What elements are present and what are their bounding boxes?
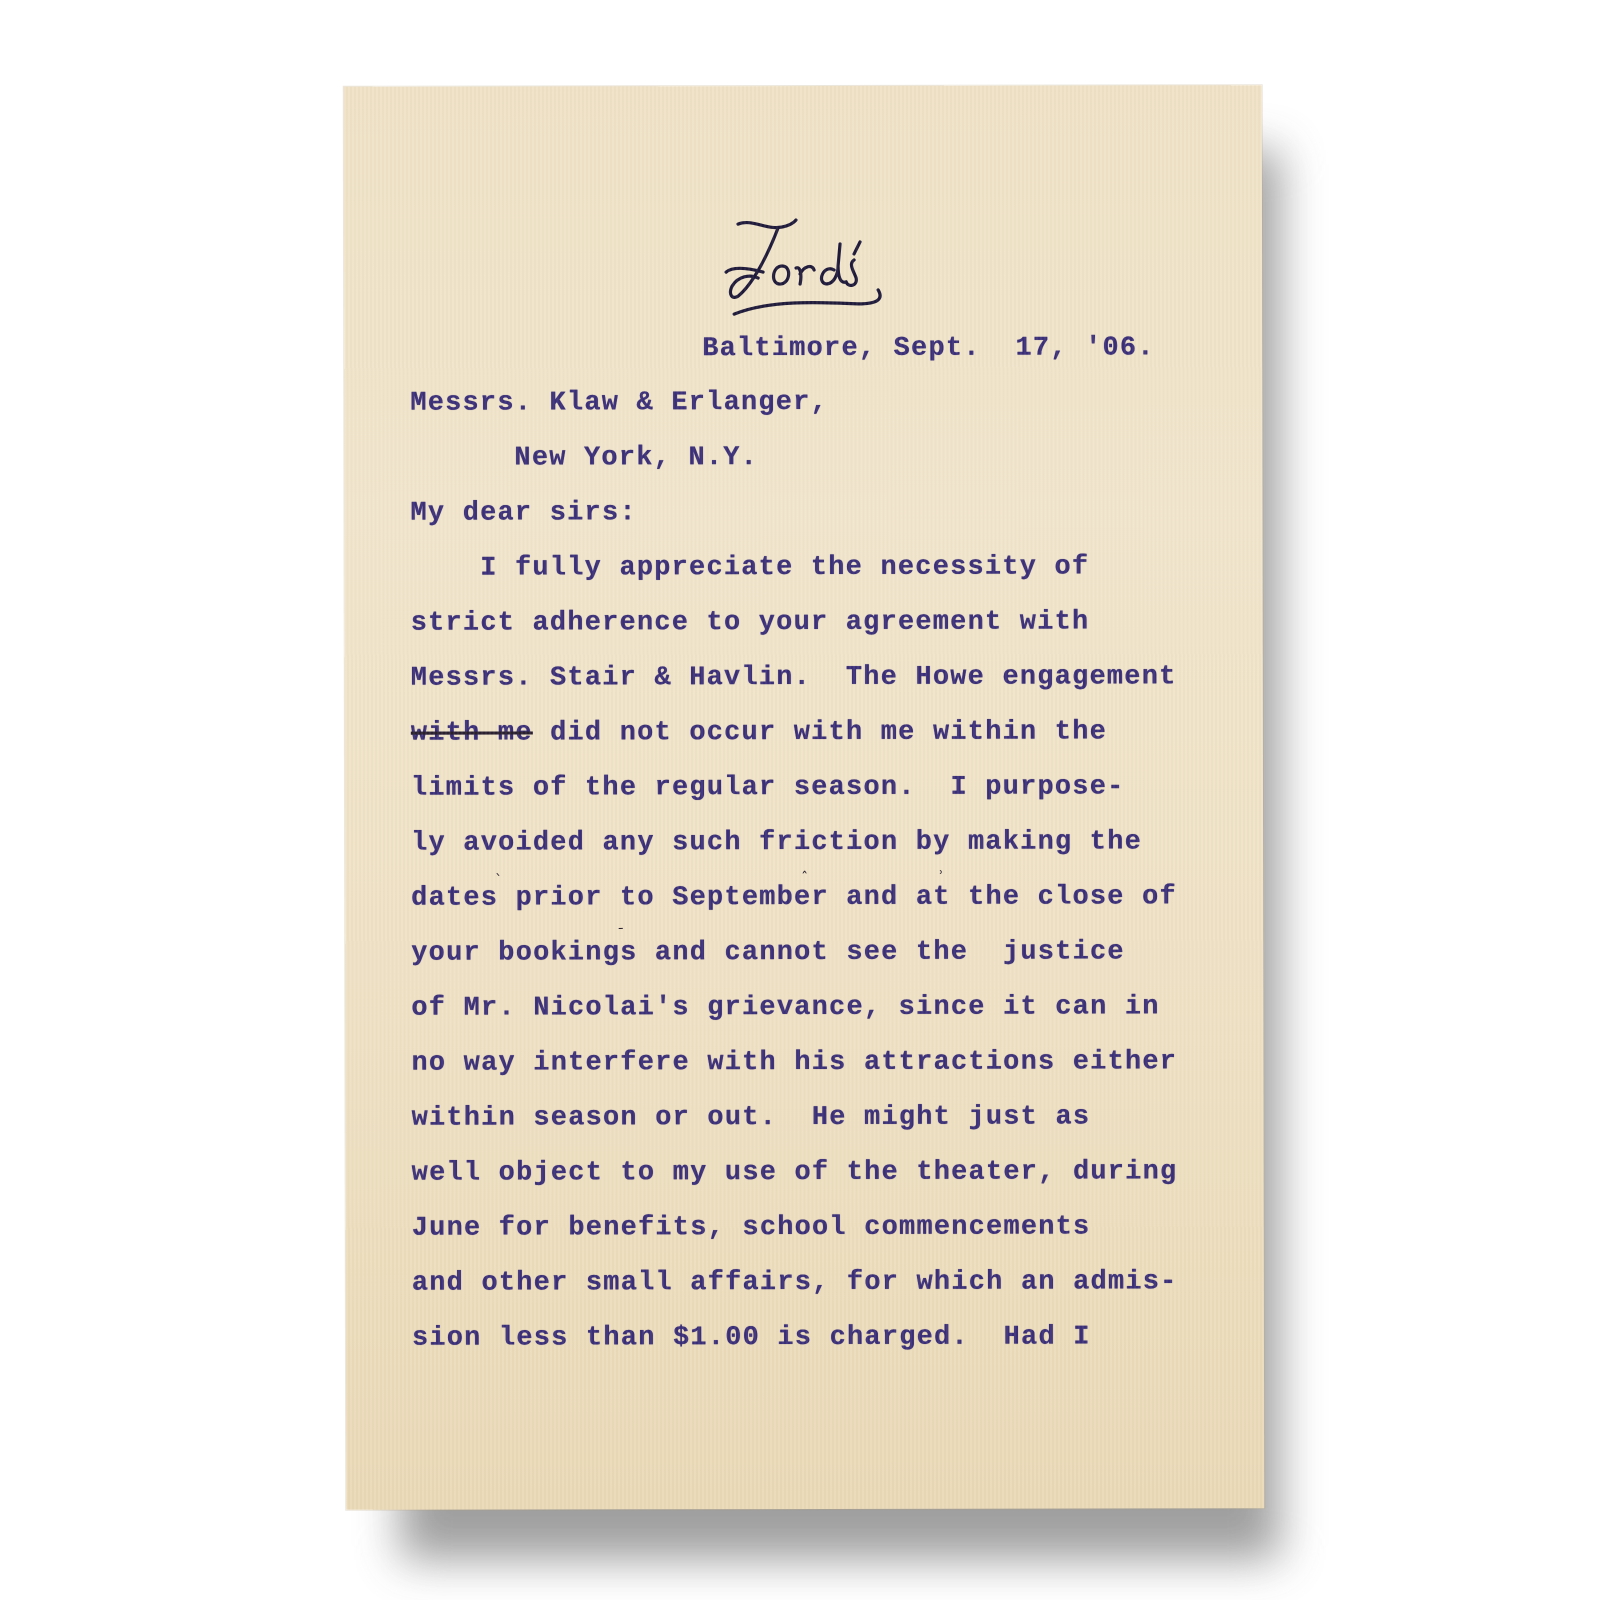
body-line-with-strikeout: with me did not occur with me within the: [411, 717, 1107, 748]
body-line: well object to my use of the theater, du…: [412, 1157, 1178, 1188]
handwritten-comma-mark-icon: ʾ: [939, 869, 943, 885]
body-line: of Mr. Nicolai's grievance, since it can…: [411, 992, 1159, 1023]
photo-stage: Baltimore, Sept. 17, '06. Messrs. Klaw &…: [0, 0, 1600, 1600]
body-line: limits of the regular season. I purpose-: [411, 772, 1125, 803]
body-line: and other small affairs, for which an ad…: [412, 1267, 1178, 1298]
body-line: within season or out. He might just as: [412, 1103, 1091, 1134]
letterhead-logo: [708, 204, 898, 324]
body-line: no way interfere with his attractions ei…: [411, 1047, 1177, 1078]
body-line: strict adherence to your agreement with: [411, 608, 1090, 639]
body-line: Messrs. Stair & Havlin. The Howe engagem…: [411, 662, 1177, 693]
fords-script-logo-icon: [708, 204, 898, 324]
letter-page: Baltimore, Sept. 17, '06. Messrs. Klaw &…: [344, 85, 1264, 1510]
body-line: ly avoided any such friction by making t…: [411, 827, 1142, 858]
letter-addressee: Messrs. Klaw & Erlanger,: [410, 388, 828, 419]
body-line: June for benefits, school commencements: [412, 1213, 1091, 1244]
body-line: sion less than $1.00 is charged. Had I: [412, 1323, 1091, 1354]
body-line: I fully appreciate the necessity of: [411, 553, 1090, 584]
body-line: your bookings and cannot see the justice: [411, 937, 1125, 968]
letter-date: Baltimore, Sept. 17, '06.: [702, 333, 1155, 364]
letter-salutation: My dear sirs:: [410, 498, 636, 528]
handwritten-comma-mark-icon: ˋ: [495, 873, 502, 889]
body-line-rest: did not occur with me within the: [533, 717, 1107, 748]
handwritten-comma-mark-icon: ˉ: [617, 926, 624, 942]
body-line: dates prior to September and at the clos…: [411, 882, 1177, 913]
handwritten-comma-mark-icon: ˆ: [801, 870, 808, 886]
letter-city: New York, N.Y.: [514, 443, 758, 473]
struck-out-text: with me: [411, 718, 533, 748]
